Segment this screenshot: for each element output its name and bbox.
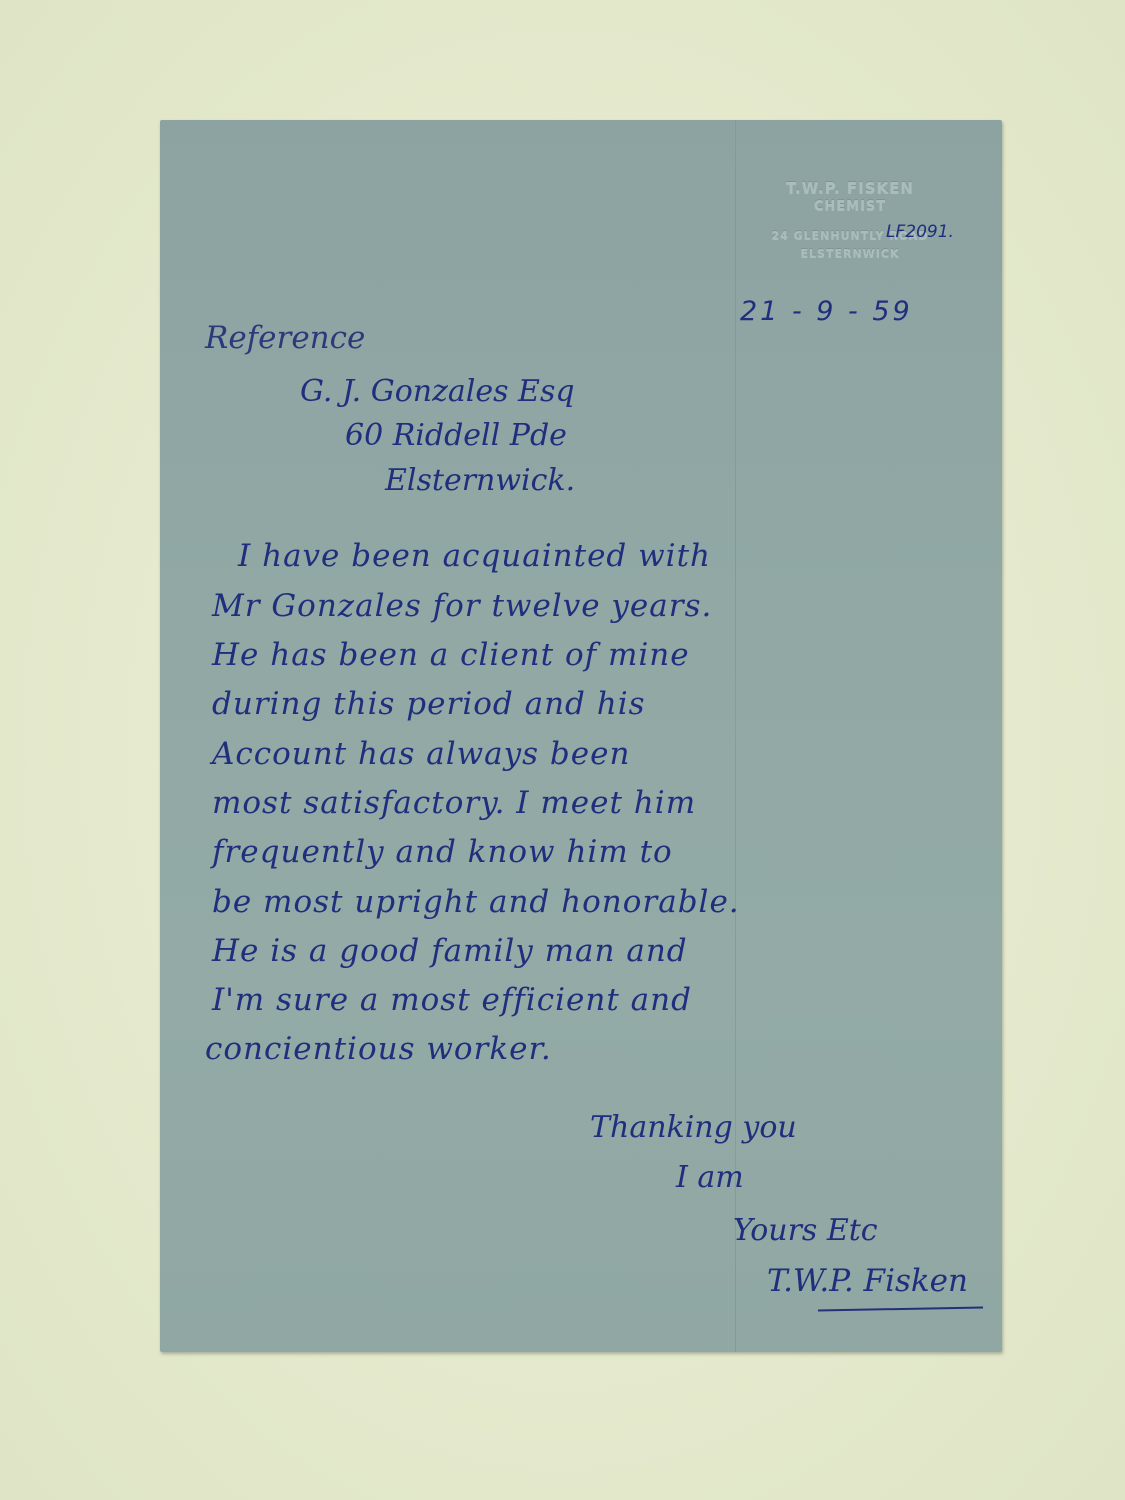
letterhead-address-suburb: ELSTERNWICK <box>730 246 970 262</box>
embossed-letterhead: T.W.P. FISKEN CHEMIST 24 GLENHUNTLY ROAD… <box>730 178 970 262</box>
body-line: He has been a client of mine <box>212 637 690 673</box>
recipient-name: G. J. Gonzales Esq <box>300 374 575 409</box>
recipient-street: 60 Riddell Pde <box>345 418 567 453</box>
body-line: I'm sure a most efficient and <box>212 982 692 1018</box>
closing-thanks: Thanking you <box>590 1110 797 1145</box>
body-line: Mr Gonzales for twelve years. <box>212 588 712 624</box>
letterhead-role: CHEMIST <box>730 198 970 216</box>
body-line: most satisfactory. I meet him <box>212 785 696 821</box>
body-line: Account has always been <box>212 736 630 772</box>
letterhead-name: T.W.P. FISKEN <box>730 178 970 198</box>
body-line: He is a good family man and <box>212 933 688 969</box>
closing-yours: Yours Etc <box>733 1213 878 1248</box>
body-line: during this period and his <box>212 686 646 722</box>
signature: T.W.P. Fisken <box>767 1263 968 1299</box>
body-line: concientious worker. <box>205 1031 552 1067</box>
body-line: I have been acquainted with <box>238 538 711 574</box>
recipient-suburb: Elsternwick. <box>385 463 575 498</box>
body-line: be most upright and honorable. <box>212 884 740 920</box>
body-line: frequently and know him to <box>212 834 673 870</box>
letter-heading: Reference <box>205 320 365 356</box>
letter-date: 21 - 9 - 59 <box>740 296 913 327</box>
reference-code: LF2091. <box>886 222 954 242</box>
closing-i-am: I am <box>676 1160 744 1195</box>
